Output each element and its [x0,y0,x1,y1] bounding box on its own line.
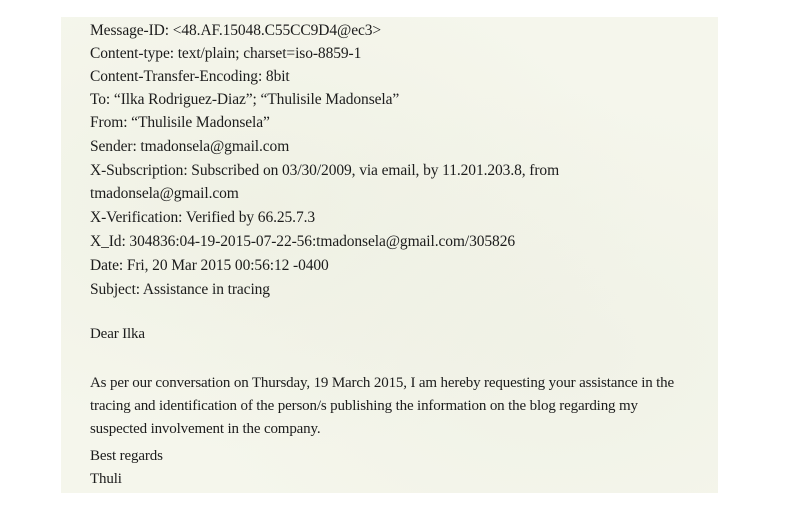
body-line-1: As per our conversation on Thursday, 19 … [90,374,674,392]
body-line-2: tracing and identification of the person… [90,397,638,415]
header-x-verification: X-Verification: Verified by 66.25.7.3 [90,209,315,227]
closing: Best regards [90,447,163,465]
header-content-transfer-encoding: Content-Transfer-Encoding: 8bit [90,68,290,86]
header-message-id: Message-ID: <48.AF.15048.C55CC9D4@ec3> [90,22,381,40]
header-to: To: “Ilka Rodriguez-Diaz”; “Thulisile Ma… [90,91,399,109]
header-date: Date: Fri, 20 Mar 2015 00:56:12 -0400 [90,257,329,275]
header-sender: Sender: tmadonsela@gmail.com [90,138,289,156]
header-content-type: Content-type: text/plain; charset=iso-88… [90,45,361,63]
header-x-id: X_Id: 304836:04-19-2015-07-22-56:tmadons… [90,233,515,251]
header-x-subscription-continued: tmadonsela@gmail.com [90,185,239,203]
greeting: Dear Ilka [90,325,145,343]
header-subject: Subject: Assistance in tracing [90,281,270,299]
header-from: From: “Thulisile Madonsela” [90,114,270,132]
header-x-subscription: X-Subscription: Subscribed on 03/30/2009… [90,162,559,180]
body-line-3: suspected involvement in the company. [90,420,321,438]
page: Message-ID: <48.AF.15048.C55CC9D4@ec3> C… [0,0,800,531]
signature: Thuli [90,470,122,488]
